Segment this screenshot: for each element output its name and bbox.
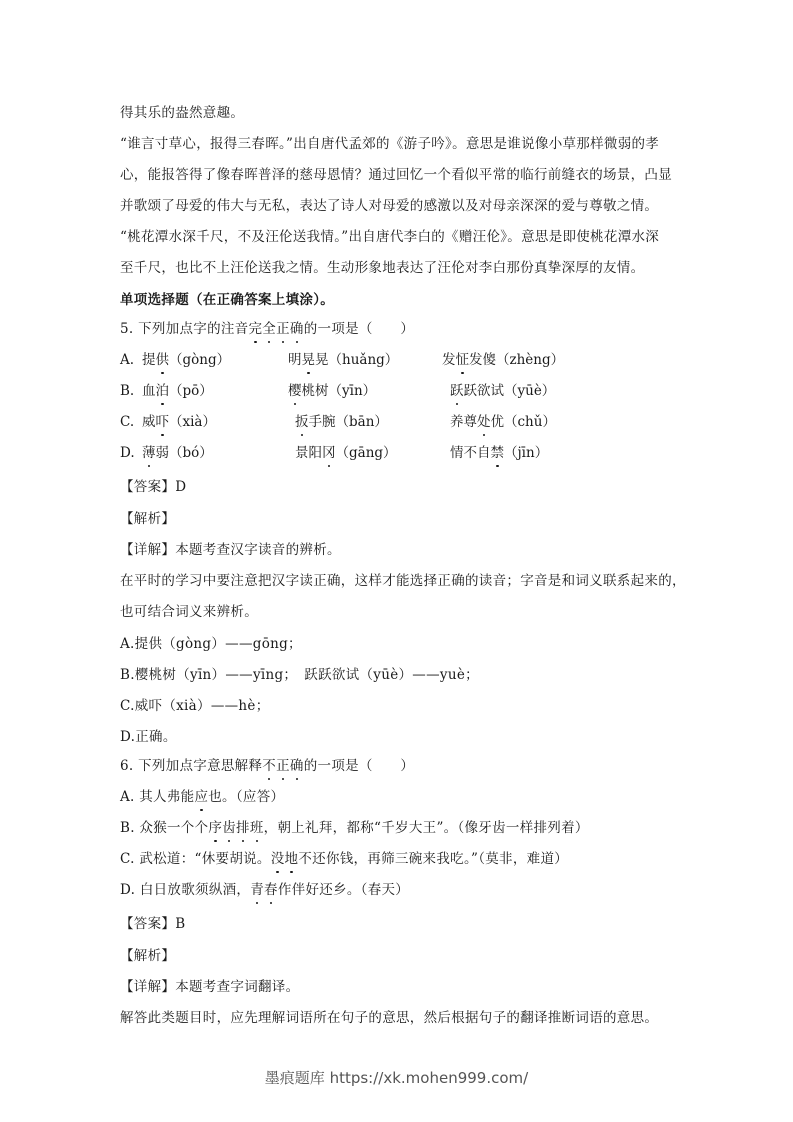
dotted-char: 确 — [290, 320, 304, 338]
stem-text: 5. 下列加点字的注音 — [120, 321, 248, 337]
paragraph: 并歌颂了母爱的伟大与无私，表达了诗人对母爱的感激以及对母亲深深的爱与尊敬之情。 — [120, 197, 658, 215]
explanation: 解答此类题目时，应先理解词语所在句子的意思，然后根据句子的翻译推断词语的意思。 — [120, 1009, 658, 1027]
option-label: C. — [120, 413, 134, 431]
correction-b: B.樱桃树（yīn）——yīng； 跃跃欲试（yūè）——yuè； — [120, 666, 479, 684]
option-item: 提供（gòng） — [142, 351, 230, 369]
stem-text: 的一项是（ ） — [304, 321, 414, 337]
analysis-label: 【解析】 — [120, 947, 175, 965]
document-page: 得其乐的盎然意趣。 “谁言寸草心，报得三春晖。”出自唐代孟郊的《游子吟》。意思是… — [0, 0, 793, 1122]
paragraph: “桃花潭水深千尺，不及汪伦送我情。”出自唐代李白的《赠汪伦》。意思是即使桃花潭水… — [120, 228, 659, 246]
option-label: A. — [120, 351, 134, 369]
paragraph: 得其乐的盎然意趣。 — [120, 104, 244, 122]
paragraph: 心，能报答得了像春晖普泽的慈母恩情？通过回忆一个看似平常的临行前缝衣的场景，凸显 — [120, 166, 672, 184]
correction-d: D.正确。 — [120, 728, 177, 746]
correction-c: C.威吓（xià）——hè； — [120, 697, 270, 715]
option-item: 明晃晃（huǎng） — [288, 351, 398, 369]
option-item: 樱桃树（yīn） — [288, 382, 376, 400]
option-item: 威吓（xià） — [142, 413, 216, 431]
detail: 【详解】本题考查汉字读音的辨析。 — [120, 541, 341, 559]
explanation: 也可结合词义来辨析。 — [120, 603, 258, 621]
option-c: C. 武松道：“休要胡说。没地不还你钱，再筛三碗来我吃。”（莫非，难道） — [120, 850, 568, 868]
paragraph: “谁言寸草心，报得三春晖。”出自唐代孟郊的《游子吟》。意思是谁说像小草那样微弱的… — [120, 135, 659, 153]
option-label: D. — [120, 444, 135, 462]
section-title: 单项选择题（在正确答案上填涂）。 — [120, 291, 334, 309]
dotted-char: 正 — [276, 320, 290, 338]
detail: 【详解】本题考查字词翻译。 — [120, 978, 299, 996]
question-5-stem: 5. 下列加点字的注音完全正确的一项是（ ） — [120, 320, 414, 338]
option-item: 发怔发傻（zhèng） — [442, 351, 564, 369]
question-6-stem: 6. 下列加点字意思解释不正确的一项是（ ） — [120, 757, 414, 775]
option-d: D. 白日放歌须纵酒，青春作伴好还乡。（春天） — [120, 881, 409, 899]
explanation: 在平时的学习中要注意把汉字读正确，这样才能选择正确的读音；字音是和词义联系起来的… — [120, 572, 686, 590]
option-item: 养尊处优（chǔ） — [450, 413, 556, 431]
option-item: 景阳冈（gāng） — [295, 444, 397, 462]
dotted-char: 完 — [248, 320, 262, 338]
answer: 【答案】B — [120, 915, 185, 933]
analysis-label: 【解析】 — [120, 510, 175, 528]
option-item: 扳手腕（bān） — [295, 413, 388, 431]
option-a: A. 其人弗能应也。（应答） — [120, 788, 284, 806]
option-b: B. 众猴一个个序齿排班，朝上礼拜，都称“千岁大王”。（像牙齿一样排列着） — [120, 819, 589, 837]
answer: 【答案】D — [120, 478, 186, 496]
footer-watermark: 墨痕题库 https://xk.mohen999.com/ — [0, 1067, 793, 1088]
option-item: 血泊（pō） — [142, 382, 213, 400]
dotted-char: 全 — [262, 320, 276, 338]
option-item: 跃跃欲试（yūè） — [450, 382, 555, 400]
option-item: 薄弱（bó） — [142, 444, 213, 462]
option-label: B. — [120, 382, 134, 400]
option-item: 情不自禁（jīn） — [450, 444, 548, 462]
correction-a: A.提供（gòng）——gōng； — [120, 635, 302, 653]
paragraph: 至千尺，也比不上汪伦送我之情。生动形象地表达了汪伦对李白那份真挚深厚的友情。 — [120, 259, 644, 277]
